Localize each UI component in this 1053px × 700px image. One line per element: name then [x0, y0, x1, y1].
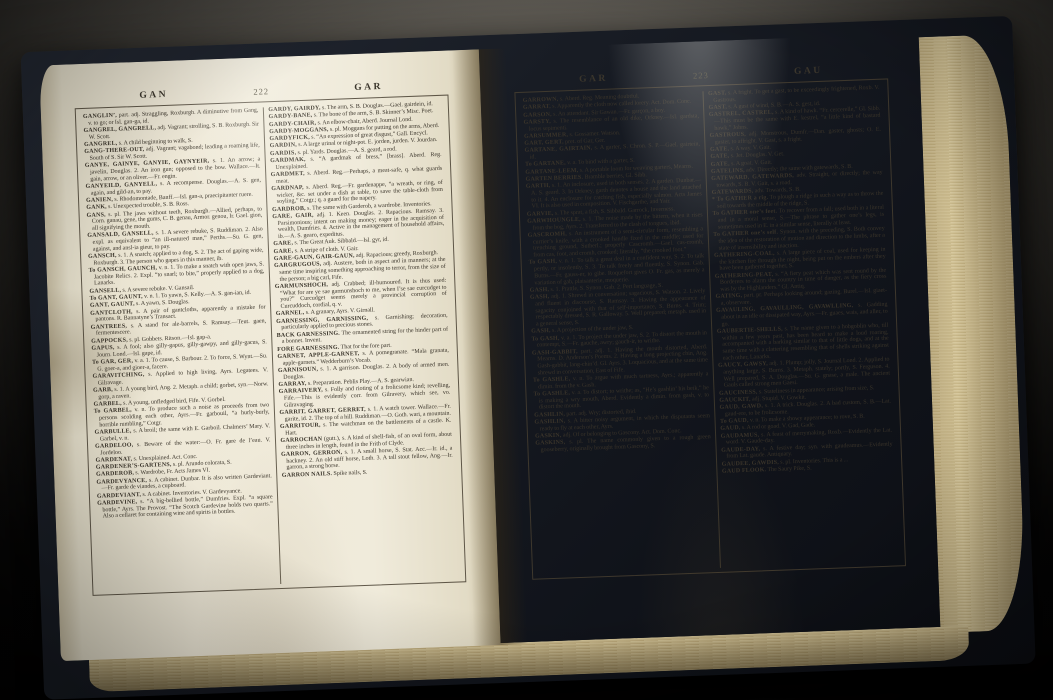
entry-headword: GATHERING-PEAT, — [715, 271, 774, 279]
entry-headword: * To GATHER a rig. — [712, 195, 769, 203]
entry-headword: GARTANE, GAIRTAIN, — [524, 146, 592, 154]
entry-headword: GARDMAK, — [270, 157, 306, 164]
entry-headword: To GANSCH, GAUNCH, — [89, 265, 158, 274]
entry-headword: GANG-THERE-OUT, — [84, 147, 144, 155]
entry-headword: GATE, — [710, 146, 729, 153]
entry-headword: GARNISOUN, — [278, 367, 318, 374]
entry-headword: GARE, — [273, 248, 293, 255]
entry-headword: GARRAIVERY, — [279, 388, 323, 396]
page-number-left: 222 — [231, 85, 291, 97]
entry-headword: GAPUS, — [91, 345, 114, 352]
entry-headword: GARE, GAIR, — [272, 213, 314, 221]
entry-headword: GASKIN, — [535, 433, 562, 440]
entry-headword: To GASHLE, — [533, 376, 571, 383]
entry-headword: GANSALD, GANSELL, — [87, 231, 154, 239]
entry-headword: GAPPOCKS, — [91, 337, 128, 344]
entry-headword: GARDEROB, — [96, 471, 134, 478]
left-page-text-frame: GANGLIN’, part. adj. Straggling, Roxburg… — [75, 95, 467, 596]
entry-headword: To GASHLE, — [533, 390, 570, 397]
entry-headword: GASH, — [530, 294, 550, 301]
entry-headword: GARDEVINE, — [97, 499, 137, 506]
entry-headword: GARVIE, — [527, 211, 554, 218]
entry-headword: To GASH, — [529, 259, 558, 266]
entry-headword: GARNEL, — [276, 310, 305, 317]
entry-headword: GASKINS, — [535, 440, 565, 447]
entry-headword: GAUBERTIE-SHELLS, — [717, 326, 783, 334]
entry-headword: GARWHOUNGLE, — [527, 217, 581, 225]
right-page: GAR 223 GAU GARROWN, s. Aberd. Reg. Mean… — [479, 33, 941, 645]
entry-headword: GARRON NAILS. — [282, 471, 333, 479]
entry-headword: To GAR, GER, — [92, 358, 133, 366]
entry-headword: GARE, — [273, 241, 293, 248]
left-page: GAN 222 GAR GANGLIN’, part. adj. Straggl… — [39, 49, 501, 661]
right-page-text-frame: GARROWN, s. Aberd. Reg. Meaning doubtful… — [514, 78, 906, 579]
entry-headword: GARMUNSHOCH, — [275, 282, 328, 290]
entry-headword: GATING, — [715, 293, 742, 300]
entry-headword: GATHERING-COAL, — [714, 251, 775, 259]
entry-headword: GANGLIN’, — [83, 113, 117, 120]
entry-headword: GASH-GABBIT, — [532, 349, 578, 357]
guide-word-right: GAU — [731, 64, 886, 80]
right-page-column-1: GARROWN, s. Aberd. Reg. Meaning doubtful… — [521, 91, 720, 574]
entry-headword: BACK GARNESSING. — [277, 330, 341, 338]
entry-headword: GANGREL, GANGRELL, — [83, 125, 156, 134]
entry-headword: GAUD FLOOK. — [722, 467, 767, 475]
entry-headword: GAUCINESS, — [719, 389, 758, 396]
entry-headword: GARAVITCHING, — [92, 372, 144, 380]
entry-headword: GASCROMH, — [528, 231, 568, 238]
entry-headword: GARSON, — [523, 111, 552, 118]
entry-headword: To GATHER one’s self. — [713, 230, 778, 238]
entry-headword: GASHLIN, — [534, 418, 565, 425]
entry-headword: GANSCH, — [88, 253, 117, 260]
entry-headword: GAUCY, GAWSY, — [718, 361, 768, 369]
dictionary-entry: GASH, adj. 1. Shrewd in conversation; sa… — [530, 288, 707, 328]
left-page-column-2: GARDY, GAIRDY, s. The arm, S. B. Douglas… — [262, 101, 461, 584]
entry-headword: GARDYFICK, — [269, 135, 310, 142]
left-page-column-1: GANGLIN’, part. adj. Straggling, Roxburg… — [81, 107, 280, 590]
book: GAN 222 GAR GANGLIN’, part. adj. Straggl… — [37, 31, 1009, 677]
entry-headword: GARDEVYANCE, — [96, 478, 147, 486]
entry-headword: GARRON, GERRON, — [281, 450, 342, 458]
entry-headword: GARROWN, — [523, 97, 559, 104]
entry-headword: GARDELOO, — [95, 442, 134, 449]
entry-headword: GARDMET, — [271, 171, 305, 178]
entry-headword: GANS, — [87, 212, 106, 219]
entry-headword: GATE, — [710, 154, 729, 161]
entry-headword: To GARBEL, — [94, 408, 132, 415]
open-spread: GAN 222 GAR GANGLIN’, part. adj. Straggl… — [39, 33, 940, 661]
entry-headword: GARDIN, — [270, 143, 297, 150]
entry-headword: GARBEL, — [93, 401, 121, 408]
entry-headword: GARBULLE, — [94, 428, 131, 435]
dictionary-entry: GAUBERTIE-SHELLS, s. The name given to a… — [717, 323, 890, 363]
entry-headword: To GATHER one’s feet. — [712, 209, 777, 217]
entry-headword: GARSTY, — [523, 119, 551, 126]
entry-headword: To GARTANE, — [525, 161, 566, 168]
entry-headword: GATE, — [711, 161, 730, 168]
entry-headword: GASH, — [531, 328, 551, 335]
entry-headword: GANTREES, — [91, 323, 128, 330]
entry-headword: GARDY-BANE, — [269, 113, 313, 121]
entry-headword: GARGRUGOUS, — [274, 262, 322, 270]
entry-headword: GANTCLOTH, — [90, 309, 133, 317]
entry-headword: GASH, — [530, 287, 550, 294]
entry-headword: GAUCKIT, — [719, 397, 751, 404]
entry-headword: GARRAT, — [523, 104, 551, 111]
guide-word-right: GAR — [291, 80, 446, 96]
entry-headword: GARDNAP, — [271, 185, 304, 192]
entry-headword: GARDIS, — [270, 150, 296, 157]
entry-headword: To GAUD, — [720, 418, 749, 425]
entry-headword: GANT, GAUNT, — [90, 301, 135, 309]
entry-headword: GAUD, — [720, 425, 740, 432]
entry-headword: To GASH, — [531, 335, 559, 342]
entry-headword: GANYEILD, GANYELL, — [85, 181, 157, 190]
entry-headword: GAUDE-DAY, — [721, 446, 760, 453]
entry-headword: GARB, — [93, 387, 113, 394]
guide-word-left: GAN — [76, 88, 231, 104]
entry-headword: GASHLIN, — [534, 411, 565, 418]
entry-headword: GAST, — [709, 104, 728, 111]
right-page-column-2: GAST, s. A fright. To get a gast, to be … — [702, 85, 901, 568]
entry-headword: GARRAY, — [278, 381, 306, 388]
entry-headword: GARROCHAN — [280, 436, 322, 444]
entry-headword: GANSELL, — [89, 287, 121, 294]
entry-headword: GART, GERT, — [524, 140, 564, 147]
entry-headword: GARTH, — [526, 183, 551, 190]
entry-headword: GASTROUS, — [710, 132, 747, 139]
entry-headword: GATELINS, — [711, 168, 745, 175]
entry-headword: GARRITOUR, — [280, 423, 321, 430]
entry-headword: GANGREL, — [84, 141, 118, 148]
entry-headword: GAUDAMUS, — [721, 432, 760, 439]
photograph-of-open-book: GAN 222 GAR GANGLIN’, part. adj. Straggl… — [0, 0, 1053, 700]
entry-headword: GANIEN, — [86, 197, 113, 204]
page-number-right: 223 — [671, 69, 731, 81]
entry-headword: GARDROB, — [272, 206, 306, 213]
entry-headword: GANK, — [86, 204, 107, 211]
guide-word-left: GAR — [516, 71, 671, 87]
entry-headword: GAST, — [708, 90, 727, 97]
entry-headword: GASTREL, CASTREL, — [709, 110, 774, 118]
entry-headword: GATEWARDS, — [712, 189, 754, 197]
entry-headword: GAUD, GAWD, — [719, 403, 763, 411]
entry-headword: GARDENAT, — [96, 456, 133, 463]
